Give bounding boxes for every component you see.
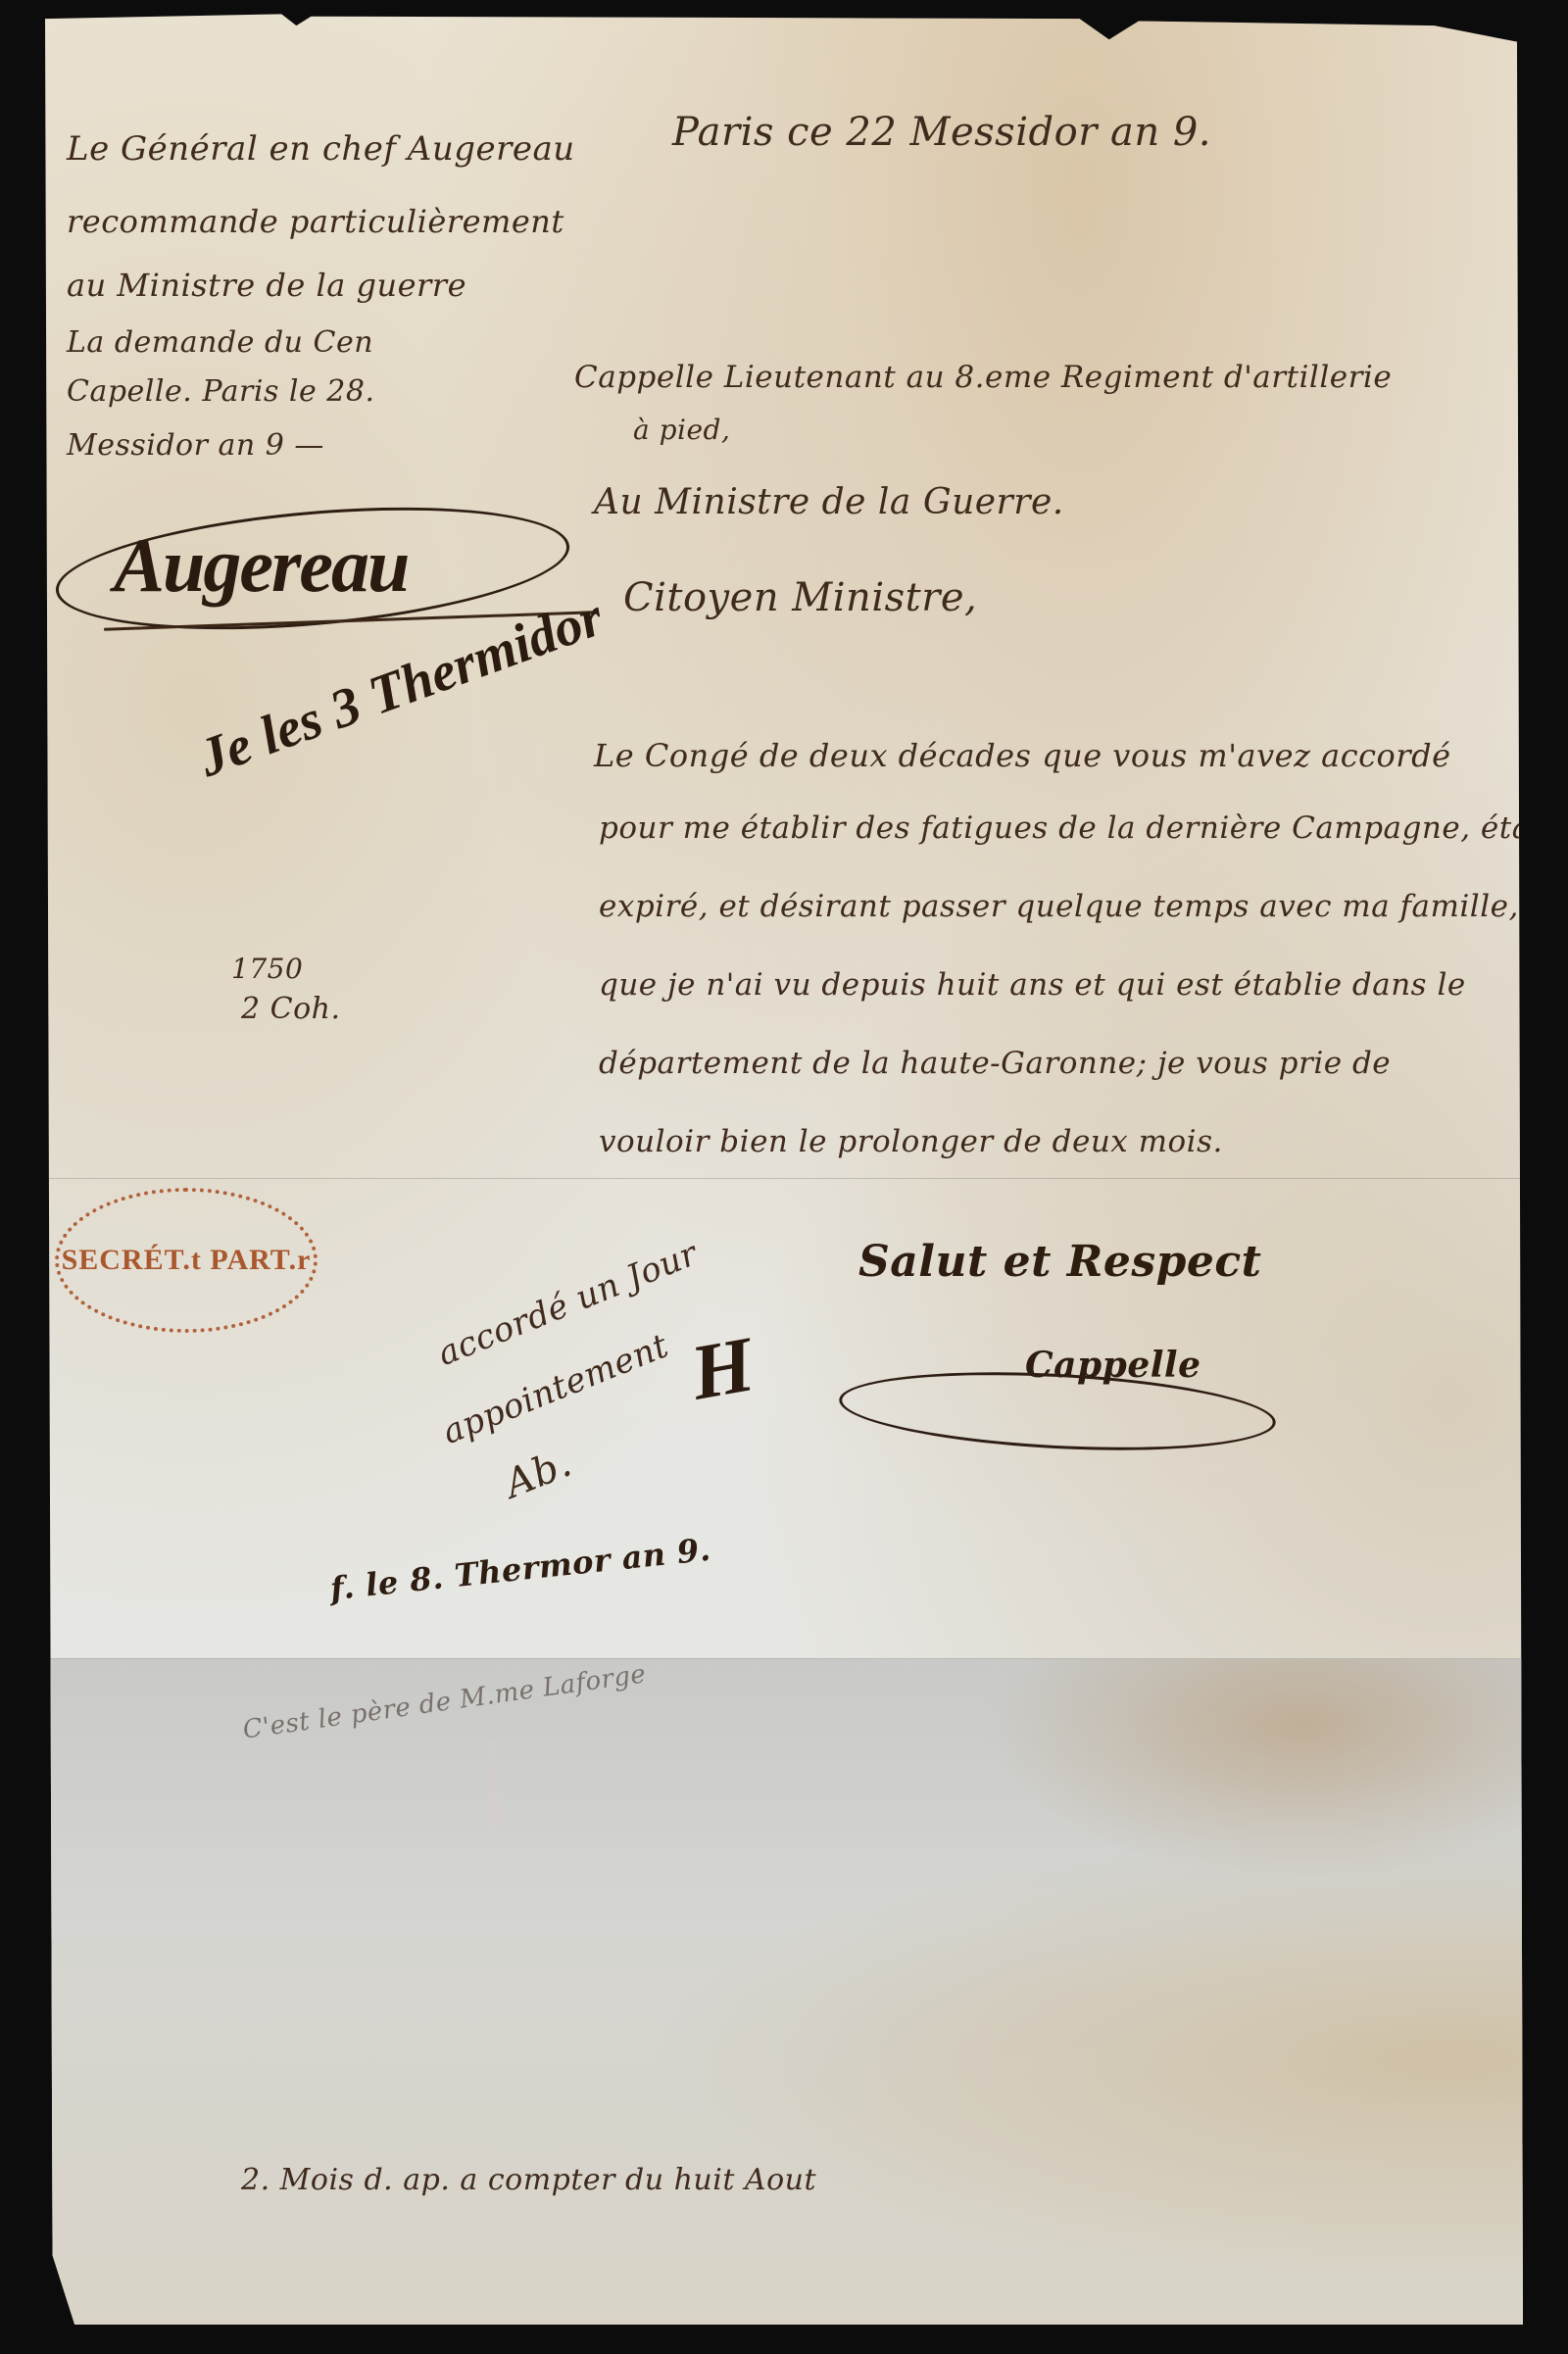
body-line: Le Congé de deux décades que vous m'avez… [594, 737, 1451, 774]
sender-line-2: à pied, [633, 414, 730, 446]
body-line: département de la haute-Garonne; je vous… [599, 1046, 1391, 1081]
dated-note: f. le 8. Thermor an 9. [328, 1531, 712, 1608]
pencil-cross-mark [489, 1737, 499, 1825]
margin-note-line: Messidor an 9 — [67, 428, 324, 463]
margin-note-line: Le Général en chef Augereau [67, 129, 575, 169]
body-line: pour me établir des fatigues de la derni… [599, 810, 1563, 846]
margin-note-line: recommande particulièrement [67, 203, 564, 240]
sender-line: Cappelle Lieutenant au 8.eme Regiment d'… [574, 360, 1392, 395]
annotation-number: 1750 [231, 953, 303, 985]
body-line: que je n'ai vu depuis huit ans et qui es… [599, 967, 1466, 1003]
fold-line [45, 1178, 1523, 1179]
bottom-note: 2. Mois d. ap. a compter du huit Aout [241, 2163, 816, 2197]
dateline: Paris ce 22 Messidor an 9. [672, 110, 1211, 155]
lower-fold-panel [45, 1658, 1523, 2326]
body-line: vouloir bien le prolonger de deux mois. [599, 1124, 1223, 1159]
margin-note-line: au Ministre de la guerre [67, 267, 466, 304]
secretariat-stamp: SECRÉT.t PART.r [55, 1188, 318, 1333]
salutation: Citoyen Ministre, [623, 575, 977, 620]
initials: H [685, 1320, 760, 1418]
signature-augereau: Augereau [114, 521, 408, 610]
margin-note-line: La demande du Cen [67, 325, 373, 360]
letter-paper: Le Général en chef Augereau recommande p… [45, 12, 1523, 2325]
closing: Salut et Respect [858, 1237, 1261, 1287]
margin-note-line: Capelle. Paris le 28. [67, 374, 375, 409]
decision-note-line: Ab. [499, 1441, 578, 1507]
addressee: Au Ministre de la Guerre. [594, 482, 1064, 522]
annotation-coh: 2 Coh. [241, 992, 341, 1026]
body-line: expiré, et désirant passer quelque temps… [599, 889, 1519, 924]
cappelle-flourish [837, 1362, 1277, 1459]
stamp-text: SECRÉT.t PART.r [62, 1244, 312, 1277]
